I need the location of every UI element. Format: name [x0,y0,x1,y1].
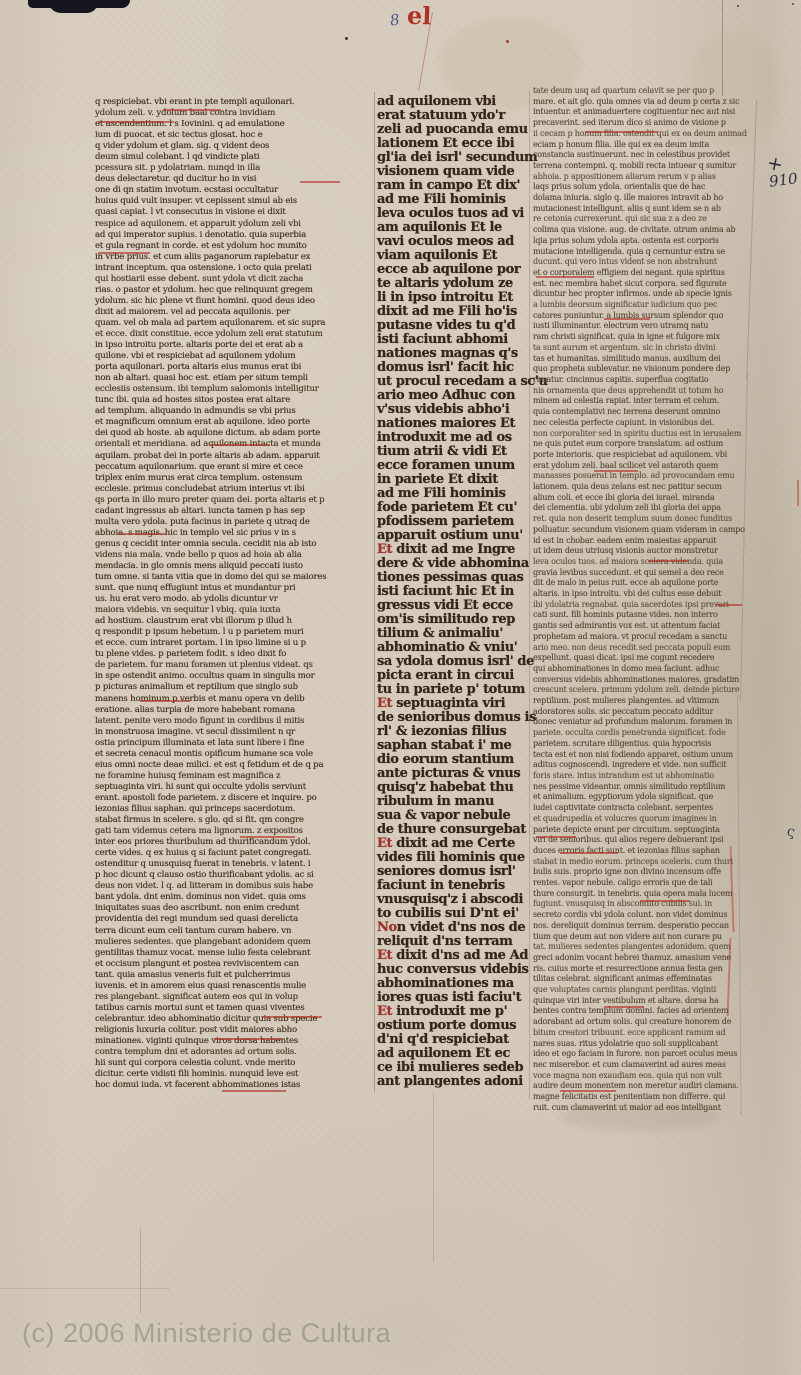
margin-shelf-number: 910 [768,169,799,190]
text-line: nationes magnas q's [377,347,531,361]
text-line: tu plene vides. p parietem fodit. s ideo… [95,649,367,660]
text-line: tatibus carnis mortui sunt et tamen quas… [95,1003,367,1014]
text-line: providentia dei regi mundum sed quasi de… [95,914,367,925]
text-line: to cubilis sui D'nt ei' [377,907,531,921]
text-line: dicuntur hec propter infirmos. unde ab s… [533,289,753,300]
text-line: manens hominum p verbis et manu opera vn… [95,694,367,705]
text-line: videns nia mala. vnde bello p quos ad ho… [95,550,367,561]
text-line: lqia prius solum ydola apta. ostenta est… [533,236,753,247]
text-line: pfodissem parietem [377,515,531,529]
text-line: quam. vel ob mala ad partem aquilonarem.… [95,318,367,329]
text-line: vavi oculos meos ad [377,235,531,249]
text-line: cadant ingressus ab altari. iuncta tamen… [95,506,367,517]
text-line: et quadrupedia et volucres quorum imagin… [533,814,753,825]
text-line: tilium & animaliu' [377,627,531,641]
text-line: huc conversus videbis [377,963,531,977]
text-line: que voluptates carnis plangunt perditas.… [533,985,753,996]
text-line: in monstruosa imagine. vt secul dissimil… [95,727,367,738]
text-line: id est in chobar. eadem enim maiestas ap… [533,536,753,547]
text-line: viam aquilonis Et [377,249,531,263]
text-line: nares suas. ritus ydolatrie quo soli sup… [533,1039,753,1050]
text-line: dio eorum stantium [377,753,531,767]
text-line: leva oculos tuos ad vi [377,207,531,221]
text-line: deum simul colebant. l qd vindicte plati [95,152,367,163]
text-line: bitum creatori tribuunt. ecce applicant … [533,1028,753,1039]
text-line: expellunt. quasi dicat. ipsi me cogunt r… [533,653,753,664]
text-line: quilone. vbi et respiciebat ad aquilonem… [95,351,367,362]
text-line: dolama iniuria. siglo q. ille maiores in… [533,193,753,204]
text-line: domus isrl' facit hic [377,361,531,375]
text-line: et magnificum omnium erat ab aquilone. i… [95,417,367,428]
text-line: reptilium. post mulieres plangentes. ad … [533,696,753,707]
manuscript-page: 8 el + 910 ς q respiciebat. vbi erant in… [0,0,801,1375]
text-line: one di qn statim invotum. ecstasi occult… [95,185,367,196]
text-line: lationem Et ecce ibi [377,137,531,151]
text-line: intrant inceptum. qua ostensione. i octo… [95,263,367,274]
text-line: voce magna non exaudiam eos. quia qui no… [533,1071,753,1082]
text-line: maiora videbis. vn sequitur l vbiq. quia… [95,605,367,616]
text-line: p picturas animalium et reptilium que si… [95,682,367,693]
text-line: ta sunt aurum et argentum. sic in christ… [533,343,753,354]
text-line: gantis sed admirantis vox est. ut attent… [533,621,753,632]
text-line: ut idem deus utriusq visionis auctor mon… [533,546,753,557]
text-line: non corporaliter sed in spiritu ductus e… [533,429,753,440]
text-line: sua & vapor nebule [377,809,531,823]
text-line: quia contemplativi nec terrena deserunt … [533,407,753,418]
rubric-underline [98,121,174,123]
ruling-line [722,0,723,96]
text-line: iores quas isti faciu't [377,991,531,1005]
text-line: ium di puocat. et sic tectus glosat. hoc… [95,130,367,141]
text-line: prophetam ad maiora. vt procul recedam a… [533,632,753,643]
text-line: in pariete Et dixit [377,473,531,487]
text-line: fode parietem Et cu' [377,501,531,515]
text-line: ruit. cum clamaverint ut maior ad eos in… [533,1103,753,1114]
text-line: eratione. alias turpia de more habebant … [95,705,367,716]
text-line: celebrantur. ideo abhominatio dicitur qu… [95,1014,367,1025]
text-line: terrena contempni. q. mobili recta intue… [533,161,753,172]
text-line: introduxit me ad os [377,431,531,445]
text-line: qs porta in illo muro preter quam dei. p… [95,495,367,506]
text-line: Et introduxit me p' [377,1005,531,1019]
text-line: nos. dereliquit dominus terram. desperat… [533,921,753,932]
text-line: et ecce. dixit constitue. ecce ydolum ze… [95,329,367,340]
text-line: ideo et ego faciam in furore. non parcet… [533,1049,753,1060]
text-line: ant plangentes adoni [377,1075,531,1089]
text-line: res plangebant. significat autem eos qui… [95,992,367,1003]
text-line: mare. et ait glo. quia omnes via ad deum… [533,97,753,108]
margin-squiggle-mark: ς [786,823,797,840]
text-line: dei quod ab hoste. ab aquilone dictum. a… [95,428,367,439]
text-line: manasses posuerat in templo. ad provocan… [533,471,753,482]
rubric-underline [560,1090,616,1092]
text-line: ris. cuius morte et resurrectione annua … [533,964,753,975]
text-line: tas et humanitas. similitudo manus. auxi… [533,354,753,365]
text-line: alium coli. et ecce ibi gloria dei israe… [533,493,753,504]
rubric-underline [604,1006,644,1008]
text-line: isti faciunt abhomi [377,333,531,347]
text-line: adoratores solis. sic peccatum peccato a… [533,707,753,718]
text-line: respice ad aquilonem. et apparuit ydolum… [95,219,367,230]
text-line: ecce ab aquilone por [377,263,531,277]
text-line: mendacia. in glo omnis mens aliquid pecc… [95,561,367,572]
text-line: porte interioris. que respiciebat ad aqu… [533,450,753,461]
text-line: et animalium. egyptiorum ydola significa… [533,792,753,803]
bible-text-column: ad aquilonem vbierat statuum ydo'rzeli a… [377,95,531,1089]
text-line: quisq'z habebat thu [377,781,531,795]
text-line: re cetonia currexerunt. qui sic sua z a … [533,214,753,225]
text-line: adorabant ad ortum solis. qui creature h… [533,1017,753,1028]
text-line: ne quis putet eum corpore translatum. ad… [533,439,753,450]
rubric-underline [262,1016,322,1018]
text-line: ne foramine huiusq feminam est magnifica… [95,771,367,782]
text-line: v'sus videbis abho'i [377,403,531,417]
text-line: iniquitates suas deo ascribunt. non enim… [95,903,367,914]
crease-line [140,1228,141,1313]
text-line: tat. mulieres sedentes plangentes adonid… [533,942,753,953]
text-line: rl' & iezonias filius [377,725,531,739]
text-line: de parietem. fur manu foramen ut plenius… [95,660,367,671]
text-line: ce ibi mulieres sedeb [377,1061,531,1075]
rubric-underline [240,836,295,838]
text-line: ario meo. non deus recedit sed peccata p… [533,643,753,654]
rubric-underline [716,604,742,606]
text-line: donec veniatur ad profundum malorum. for… [533,717,753,728]
text-line: erant. apostoli fode parietem. z discere… [95,793,367,804]
text-line: om'is similitudo rep [377,613,531,627]
text-line: inter eos priores thuribulum ad thurific… [95,837,367,848]
text-line: secreto cordis vbi ydola colunt. non vid… [533,910,753,921]
text-line: Et dixit d'ns ad me Ad [377,949,531,963]
text-line: hii sunt qui corpora celestia colunt. vn… [95,1058,367,1069]
text-line: q respiciebat. vbi erant in pte templi a… [95,97,367,108]
text-line: stabat firmus in scelere. s glo. qd si f… [95,815,367,826]
text-line: ducunt. qui vero intus vident se non abs… [533,257,753,268]
text-line: sa ydola domus isrl' de [377,655,531,669]
text-line: et occisum plangunt et postea reviviscen… [95,959,367,970]
text-line: minem ad celestia rapiat. inter terram e… [533,396,753,407]
rubric-underline [648,560,688,562]
text-line: gentilitas thamuz vocat. mense iulio fes… [95,948,367,959]
text-line: a lumbis deorsum significatur iudicium q… [533,300,753,311]
text-line: greci adonim vocant hebrei thamuz. amasi… [533,953,753,964]
rubric-underline [560,852,618,854]
text-line: nec celestia perfecte capiunt. in vision… [533,418,753,429]
text-line: conversus videbis abhominationes maiores… [533,675,753,686]
text-line: et secreta cenacul montis opificum human… [95,749,367,760]
text-line: ret. quia non deserit templum suum donec… [533,514,753,525]
text-line: ut procul recedam a sc'u [377,375,531,389]
text-line: genus q cecidit inter omnia secula. ceci… [95,539,367,550]
text-line: zeli ad puocanda emu [377,123,531,137]
rubric-underline [140,700,190,702]
text-line: isti faciunt hic Et in [377,585,531,599]
text-line: ad me Fili hominis [377,487,531,501]
text-line: tilitas celebrat. significant animas eff… [533,974,753,985]
text-line: ram in campo Et dix' [377,179,531,193]
text-line: erat statuum ydo'r [377,109,531,123]
text-line: laqs prius solum ydola. orientalis que d… [533,182,753,193]
quire-mark-blue: 8 [389,10,401,29]
text-line: Non videt d'ns nos de [377,921,531,935]
text-line: ad aquilonem Et ec [377,1047,531,1061]
text-line: tant. quia amasius veneris fuit et pulch… [95,970,367,981]
text-line: iezonias filius saphan. qui princeps sac… [95,804,367,815]
text-line: mulieres sedentes. que plangebant adonid… [95,937,367,948]
text-line: quasi capiat. l vt consecutus in visione… [95,207,367,218]
text-line: lationem. quia deus zelans est nec patit… [533,482,753,493]
text-line: nec miserebor. et cum clamaverint ad aur… [533,1060,753,1071]
text-line: non ab altari. quasi hoc est. etiam per … [95,373,367,384]
text-line: sunt. que nunq effugiunt intus et mundan… [95,583,367,594]
text-line: ario meo Adhuc con [377,389,531,403]
text-line: dei clementia. ubi ydolum zeli ibi glori… [533,503,753,514]
text-line: dicitur. certe vidisti fili hominis. nun… [95,1069,367,1080]
rubric-underline [118,533,166,535]
text-line: tu in pariete p' totum [377,683,531,697]
text-line: magne felicitatis est penitentiam non di… [533,1092,753,1103]
rubric-underline [222,1090,286,1092]
red-initial-mark: el [407,1,432,31]
text-line: vnusquisq'z i abscodi [377,893,531,907]
rubric-underline [300,181,340,183]
right-gloss-column: tate deum usq ad quartum celavit se per … [533,86,753,1114]
rubric-underline [640,900,690,902]
text-line: seniores domus isrl' [377,865,531,879]
text-line: stabat in medio eorum. princeps sceleris… [533,857,753,868]
text-line: aditus cognoscendi. ingredere et vide. n… [533,760,753,771]
text-line: abhoia. p appositionem aliarum rerum v p… [533,172,753,183]
text-line: rias. o pastor et ydolum. hec que relinq… [95,285,367,296]
text-line: erat ydolum zeli. baal scilicet vel asta… [533,461,753,472]
text-line: ribulum in manu [377,795,531,809]
text-line: gressus vidi Et ecce [377,599,531,613]
text-line: triplex enim murus erat circa templum. o… [95,473,367,484]
text-line: nationes maiores Et [377,417,531,431]
text-line: altaris. in ipso introitu. vbi dei cultu… [533,589,753,600]
rubric-underline [536,836,576,838]
text-line: mutacione intelligenda. quia q cernuntur… [533,247,753,258]
text-line: colima qua visione. aug. de civitate. ut… [533,225,753,236]
text-line: iudei captivitate contracta colebant. se… [533,803,753,814]
text-line: q respondit p ipsum hebetum. l u p parie… [95,627,367,638]
rubric-underline [586,131,658,133]
text-line: putasne vides tu q'd [377,319,531,333]
text-line: ostenditur q unusquisq fuerat in tenebri… [95,859,367,870]
text-line: crescunt scelera. primum ydolum zeli. de… [533,685,753,696]
text-line: quinque viri inter vestibulum et altare.… [533,996,753,1007]
text-line: ante picturas & vnus [377,767,531,781]
text-line: bant ydola. dnt enim. dominus non videt.… [95,892,367,903]
text-line: precaverint. sed iterum dico si animo de… [533,118,753,129]
text-line: iuvenis. et in amorem eius quasi renasce… [95,981,367,992]
text-line: tium que deum aut non videre aut non cur… [533,932,753,943]
text-line: qui abhominationes in domo mea faciunt. … [533,664,753,675]
text-line: Et dixit ad me Ingre [377,543,531,557]
binding-shadow-bump [48,0,98,13]
text-line: nes pessime videantur. omnis similitudo … [533,782,753,793]
rubric-underline [210,444,270,446]
text-line: reliquit d'ns terram [377,935,531,949]
red-edge-dash [797,480,799,506]
text-line: deus non videt. l q. ad litteram in domi… [95,881,367,892]
text-line: us. hu erat vero modo. ab ydolis dicuntu… [95,594,367,605]
text-line: Et dixit ad me Certe [377,837,531,851]
left-gloss-column: q respiciebat. vbi erant in pte templi a… [95,97,367,1091]
text-line: ydolum zeli. v. ydolum baal contra invid… [95,108,367,119]
text-line: Et septuaginta viri [377,697,531,711]
text-line: pariete. occulta cordis penetranda signi… [533,728,753,739]
text-line: huius quid vult insuper. vt cepissent si… [95,196,367,207]
text-line: thure consurgit. in tenebris. quia opera… [533,889,753,900]
text-line: faciunt in tenebris [377,879,531,893]
text-line: am aquilonis Et le [377,221,531,235]
text-line: bulis suis. proprio igne non divino ince… [533,867,753,878]
text-line: dere & vide abhomina [377,557,531,571]
rubric-underline [536,276,594,278]
text-line: vides fili hominis que [377,851,531,865]
text-line: gl'ia dei isrl' secundum [377,151,531,165]
text-line: ad me Fili hominis [377,193,531,207]
text-line: intuentur. et animaduertere cogituentur … [533,107,753,118]
text-line: gati tam videmus cetera ma lignorum. z e… [95,826,367,837]
ink-dot [345,37,348,40]
text-line: parietem. scrutare diligentius. quia hyp… [533,739,753,750]
ruling-line [374,92,375,1092]
text-line: tium atrii & vidi Et [377,445,531,459]
text-line: ostium porte domus [377,1019,531,1033]
text-line: deus delectaretur. qd ducitur ho in visi [95,174,367,185]
ink-speck [792,3,794,5]
text-line: q vider ydolum et glam. sig. q vident de… [95,141,367,152]
text-line: aquilam. probat dei in porte altaris ab … [95,451,367,462]
text-line: apparuit ostium unu' [377,529,531,543]
rubric-underline [163,109,221,111]
text-line: mutacionest intelligunt. aliis q sunt id… [533,204,753,215]
text-line: in ipso introitu porte. altaris porte de… [95,340,367,351]
text-line: abhominatio & vniu' [377,641,531,655]
text-line: septuaginta viri. hi sunt qui occulte yd… [95,782,367,793]
crease-line-horizontal [0,1288,170,1289]
text-line: cati sunt. fili hominis putasne vides. n… [533,610,753,621]
text-line: pcessura sit. p ydolatriam. nunqd in ill… [95,163,367,174]
text-line: de senioribus domus is [377,711,531,725]
text-line: ecclesie. primus concludebat atrium inte… [95,484,367,495]
ink-speck [737,5,739,7]
text-line: picta erant in circui [377,669,531,683]
text-line: ram christi significat. quia in igne et … [533,332,753,343]
text-line: peccatum aquilonarium. que erant si mire… [95,462,367,473]
text-line: visionem quam vide [377,165,531,179]
text-line: ad templum. aliquando in admundis se vbi… [95,406,367,417]
text-line: te altaris ydolum ze [377,277,531,291]
text-line: saphan stabat i' me [377,739,531,753]
text-line: multa vero ydola. puta facinus in pariet… [95,517,367,528]
text-line: in spe ostendit animo. occultus quam in … [95,671,367,682]
text-line: tate deum usq ad quartum celavit se per … [533,86,753,97]
text-line: constancia sustinuerunt. nec in celestib… [533,150,753,161]
rubric-underline [594,470,638,472]
text-line: nis ornamenta que deus apprehendit ut to… [533,386,753,397]
text-line: tunc ibi. quia ad hostes sitos postea er… [95,395,367,406]
text-line: de thure consurgebat [377,823,531,837]
rubric-underline [98,252,150,254]
text-line: contra templum dni et adorantes ad ortum… [95,1047,367,1058]
text-line: tum omne. si tanta vitia que in domo dei… [95,572,367,583]
text-line: religionis luxuria colitur. post vidit m… [95,1025,367,1036]
text-line: ecclesiis ostensum. ibi templum salomoni… [95,384,367,395]
text-line: rentes. vapor nebule. caligo erroris que… [533,878,753,889]
text-line: leva oculos tuos. ad maiora scelera vide… [533,557,753,568]
text-line: certe vides. q ex huius q si faciunt pat… [95,848,367,859]
text-line: latent. penite vero modo figunt in cordi… [95,716,367,727]
text-line: et ecce. cum intraret portam. l in ipso … [95,638,367,649]
text-line: dit de malo in peius ruit. ecce ab aquil… [533,578,753,589]
rubric-underline [604,318,650,320]
copyright-watermark: (c) 2006 Ministerio de Cultura [22,1318,391,1349]
rubric-underline [214,1038,282,1040]
text-line: p hoc dicunt q clauso ostio thurificaban… [95,870,367,881]
text-line: ydolum. sic hic plene vt fiunt homini. q… [95,296,367,307]
text-line: abhominationes ma [377,977,531,991]
text-line: terra dicunt eum celi tantum curam haber… [95,926,367,937]
text-line: ad aquilonem vbi [377,95,531,109]
text-line: li in ipso introitu Et [377,291,531,305]
text-line: qui hostiarii esse debent. sunt ydola vt… [95,274,367,285]
text-line: quo propheta sublevatur. ne visionum pon… [533,364,753,375]
text-line: dixit ad maiorem. vel ad peccata aquilon… [95,307,367,318]
text-line: foris stare. intus intrandum est ut abho… [533,771,753,782]
text-line: d'ni q'd respiciebat [377,1033,531,1047]
text-line: tecta est et non nisi fodiendo apparet. … [533,750,753,761]
text-line: tiones pessimas quas [377,571,531,585]
text-line: dixit ad me Fili ho'is [377,305,531,319]
text-line: eciam p honum filia. ille qui ex ea deum… [533,140,753,151]
text-line: catores puniuntur. a lumbis sursum splen… [533,311,753,322]
text-line: et gula regnant in corde. et est ydolum … [95,241,367,252]
text-line: ad qui imperator supius. i denotatio. qu… [95,230,367,241]
text-line: ecce foramen unum [377,459,531,473]
text-line: iusti illuminantur. electrum vero utramq… [533,321,753,332]
text-line: pariete depicte erant per circuitum. sep… [533,825,753,836]
crease-line [433,1092,434,1262]
text-line: porta aquilonari. porta altaris eius mun… [95,362,367,373]
text-line: eius omni nocte deae milici. et est q fe… [95,760,367,771]
text-line: est. nec membra habet sicut corpora. sed… [533,279,753,290]
text-line: bentes contra templum domini. facies ad … [533,1006,753,1017]
text-line: polluatur. secundum visionem quam videra… [533,525,753,536]
text-line: gravia levibus succedunt. et qui semel a… [533,568,753,579]
text-line: ostia principum illuminata et lata sunt … [95,738,367,749]
text-line: rimatur. cincinnus capitis. superflua co… [533,375,753,386]
text-line: ad hostium. claustrum erat vbi illorum p… [95,616,367,627]
red-dot [506,40,509,43]
